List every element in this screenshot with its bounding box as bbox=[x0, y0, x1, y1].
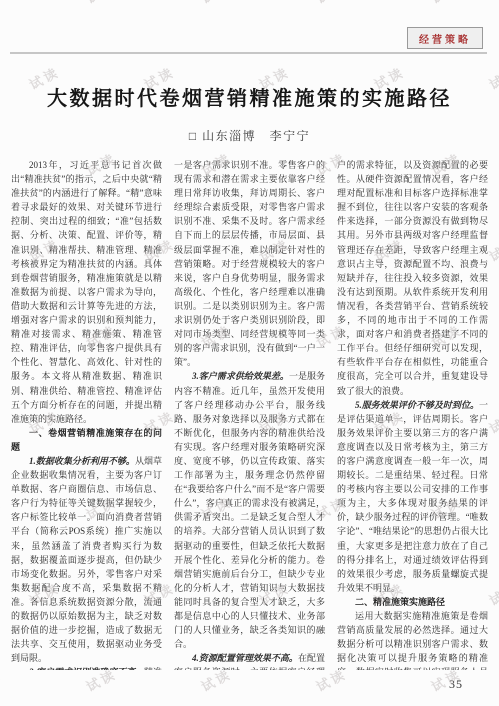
watermark-text: 试读 bbox=[427, 0, 464, 7]
paragraph-lead: 4.资源配置管理效果不高。 bbox=[192, 653, 298, 663]
body-paragraph: 1.数据收集分析利用不够。从烟草企业数据收集情况看，主要为客户订单数据、客户商圈… bbox=[11, 454, 162, 665]
watermark-text: 试读 bbox=[312, 0, 349, 7]
body-paragraph: 2.客户需求识别准确度不高。精准识别客户需求是精准施策的基础。 bbox=[11, 665, 162, 670]
header-divider bbox=[10, 52, 487, 54]
watermark-text: 试读 bbox=[0, 148, 5, 180]
watermark-text: 试读 bbox=[0, 0, 5, 7]
body-paragraph: 3.客户需求供给效果差。一是服务内容不精准。近几年，虽然开发使用了客户经理移动办… bbox=[174, 369, 325, 651]
watermark-text: 试读 bbox=[197, 0, 234, 7]
paragraph-lead: 1.数据收集分析利用不够。 bbox=[29, 456, 135, 466]
watermark-text: 试读 bbox=[0, 664, 5, 696]
text-column-3: 户的需求特征，以及资源配置的必要性。从硬件资源配置情况看，客户经理对配置标准和目… bbox=[337, 158, 488, 670]
section-heading: 二、精准施策实施路径 bbox=[337, 595, 488, 609]
paragraph-lead: 3.客户需求供给效果差。 bbox=[192, 371, 289, 381]
category-badge-label: 经营策略 bbox=[419, 35, 471, 46]
section-heading: 一、卷烟营销精准施策存在的问题 bbox=[11, 426, 162, 454]
text-column-1: 2013年，习近平总书记首次做出“精准扶贫”的指示，之后中央就“精准扶贫”的内涵… bbox=[11, 158, 162, 670]
watermark-text: 试读 bbox=[0, 320, 5, 352]
paragraph-lead: 2.客户需求识别准确度不高。 bbox=[29, 667, 144, 670]
page-number: 35 bbox=[449, 677, 463, 692]
article-title: 大数据时代卷烟营销精准施策的实施路径 bbox=[0, 82, 499, 111]
body-paragraph: 4.资源配置管理效果不高。在配置客户服务资源时，主要依据客户经理的主观判断，没有… bbox=[174, 651, 325, 670]
document-page: 试读试读试读试读试读试读试读试读试读试读试读试读试读试读试读试读试读试读试读试读… bbox=[0, 0, 499, 706]
paragraph-lead: 5.服务效果评价不够及时到位。 bbox=[355, 400, 479, 410]
body-paragraph: 运用大数据实施精准施策是卷烟营销高质量发展的必然选择。通过大数据分析可以精准识别… bbox=[337, 609, 488, 670]
article-byline: □ 山东淄博 李宁宁 bbox=[0, 127, 499, 144]
body-paragraph: 5.服务效果评价不够及时到位。一是评估渠道单一，评估周期长。客户服务效果评价主要… bbox=[337, 398, 488, 595]
watermark-text: 试读 bbox=[0, 492, 5, 524]
body-paragraph: 户的需求特征，以及资源配置的必要性。从硬件资源配置情况看，客户经理对配置标准和目… bbox=[337, 158, 488, 398]
watermark-text: 试读 bbox=[82, 0, 119, 7]
category-badge: 经营策略 bbox=[407, 27, 483, 49]
text-column-2: 一是客户需求识别不准。零售客户的现有需求和潜在需求主要依靠客户经理日常拜访收集，… bbox=[174, 158, 325, 670]
article-body: 2013年，习近平总书记首次做出“精准扶贫”的指示，之后中央就“精准扶贫”的内涵… bbox=[11, 158, 488, 670]
body-paragraph: 2013年，习近平总书记首次做出“精准扶贫”的指示，之后中央就“精准扶贫”的内涵… bbox=[11, 158, 162, 426]
body-paragraph: 一是客户需求识别不准。零售客户的现有需求和潜在需求主要依靠客户经理日常拜访收集，… bbox=[174, 158, 325, 369]
